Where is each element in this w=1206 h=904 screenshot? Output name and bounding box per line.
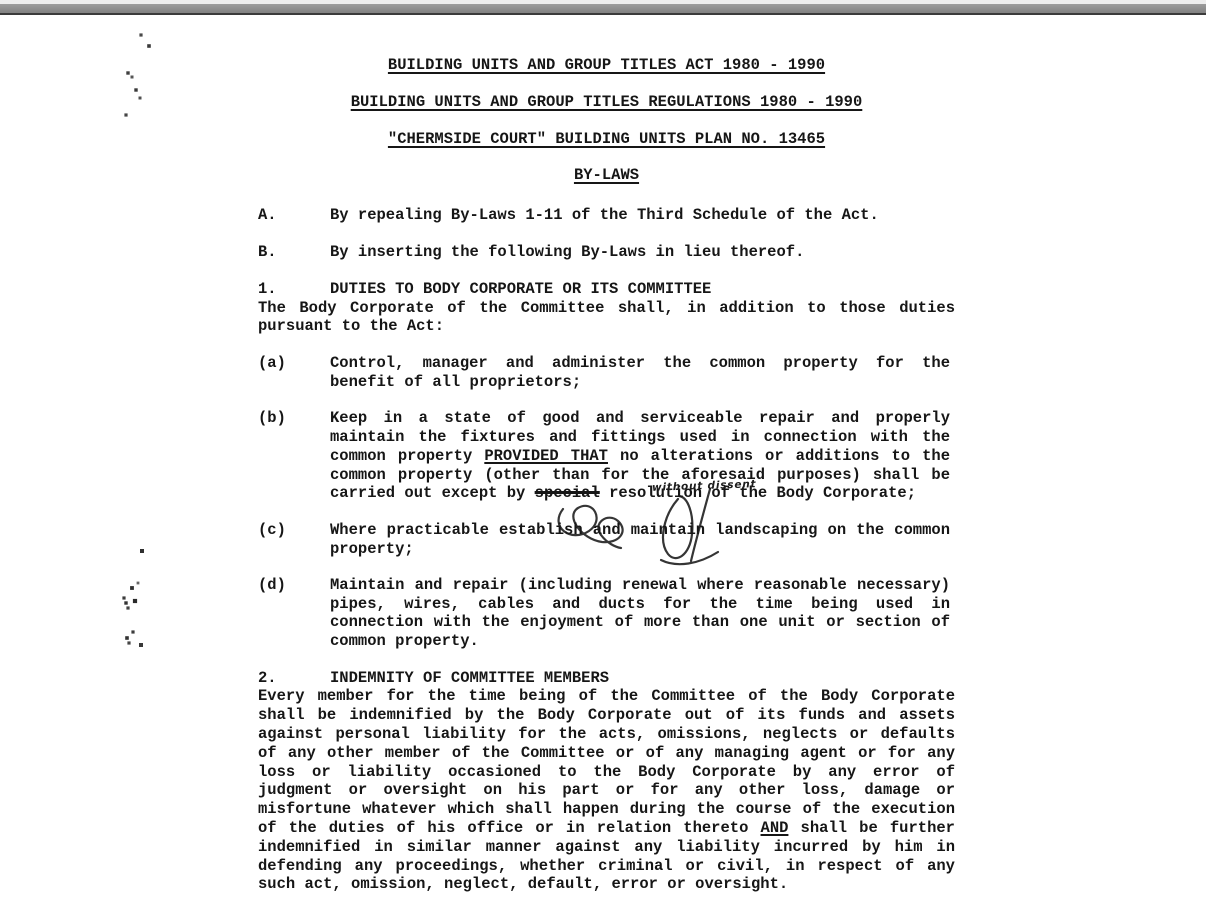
item-d-label: (d) [258,576,330,651]
section1-intro: The Body Corporate of the Committee shal… [258,299,955,337]
item-a-label: (a) [258,354,330,392]
doc-title-bylaws: BY-LAWS [258,166,955,185]
section2-body: Every member for the time being of the C… [258,687,955,894]
document-content: BUILDING UNITS AND GROUP TITLES ACT 1980… [258,56,955,894]
item-b-label: (b) [258,409,330,503]
section1-number: 1. [258,280,330,299]
doc-title-plan: "CHERMSIDE COURT" BUILDING UNITS PLAN NO… [258,130,955,149]
preamble-item-a: A. By repealing By-Laws 1-11 of the Thir… [258,206,955,225]
item-c-label: (c) [258,521,330,559]
bylaw-item-a: (a) Control, manager and administer the … [258,354,955,392]
item-a-text: Control, manager and administer the comm… [330,354,950,392]
item-d-text: Maintain and repair (including renewal w… [330,576,950,651]
scanned-document-page: { "page": { "paper_color": "#ffffff", "i… [0,0,1206,904]
document-headings: BUILDING UNITS AND GROUP TITLES ACT 1980… [258,56,955,185]
section1-heading: 1. DUTIES TO BODY CORPORATE OR ITS COMMI… [258,280,955,299]
section2-title: INDEMNITY OF COMMITTEE MEMBERS [330,669,609,688]
and-underlined: AND [761,819,789,837]
scan-specks [0,0,2,2]
chrome-bar-dark [0,13,1206,15]
section2-heading: 2. INDEMNITY OF COMMITTEE MEMBERS [258,669,955,688]
section1-title: DUTIES TO BODY CORPORATE OR ITS COMMITTE… [330,280,711,299]
chrome-bar-mid [0,4,1206,13]
bylaw-item-b: (b) Keep in a state of good and servicea… [258,409,955,503]
doc-title-act: BUILDING UNITS AND GROUP TITLES ACT 1980… [258,56,955,75]
bylaw-item-c: (c) Where practicable establish and main… [258,521,955,559]
preamble-text-b: By inserting the following By-Laws in li… [330,243,950,262]
section2-number: 2. [258,669,330,688]
preamble-item-b: B. By inserting the following By-Laws in… [258,243,955,262]
doc-title-regulations: BUILDING UNITS AND GROUP TITLES REGULATI… [258,93,955,112]
preamble-label-a: A. [258,206,330,225]
window-chrome [0,0,1206,15]
preamble-label-b: B. [258,243,330,262]
item-c-text: Where practicable establish and maintain… [330,521,950,559]
bylaw-item-d: (d) Maintain and repair (including renew… [258,576,955,651]
item-b-text: Keep in a state of good and serviceable … [330,409,950,503]
provided-that-underlined: PROVIDED THAT [484,447,608,465]
preamble-text-a: By repealing By-Laws 1-11 of the Third S… [330,206,950,225]
struck-out-word: special [535,484,600,502]
